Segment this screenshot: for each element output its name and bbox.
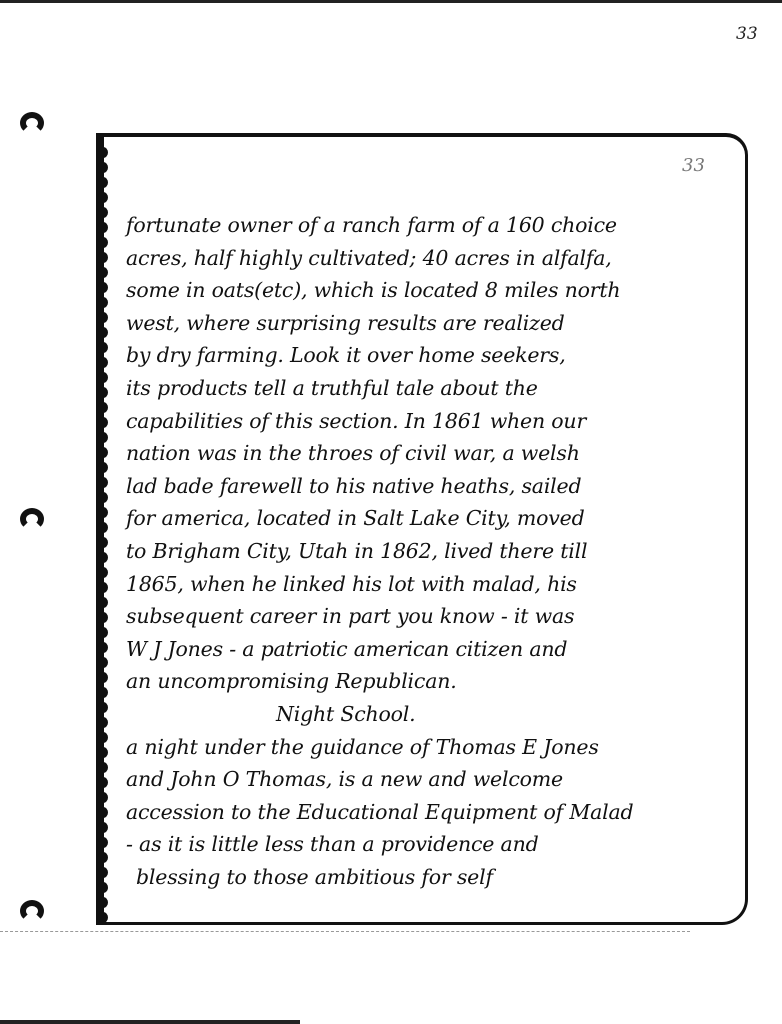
spiral-coil bbox=[98, 822, 108, 833]
text-line: its products tell a truthful tale about … bbox=[126, 372, 742, 405]
spiral-coil bbox=[98, 192, 108, 203]
spiral-coil bbox=[98, 207, 108, 218]
binder-hole-bottom bbox=[20, 900, 44, 922]
text-line: for america, located in Salt Lake City, … bbox=[126, 502, 742, 535]
spiral-coil bbox=[98, 717, 108, 728]
spiral-coil bbox=[98, 762, 108, 773]
text-line: to Brigham City, Utah in 1862, lived the… bbox=[126, 535, 742, 568]
spiral-coil bbox=[98, 657, 108, 668]
spiral-coil bbox=[98, 267, 108, 278]
spiral-coil bbox=[98, 237, 108, 248]
spiral-coil bbox=[98, 402, 108, 413]
spiral-coil bbox=[98, 852, 108, 863]
spiral-coil bbox=[98, 312, 108, 323]
spiral-coil bbox=[98, 522, 108, 533]
spiral-coil bbox=[98, 732, 108, 743]
spiral-coil bbox=[98, 342, 108, 353]
page-number: 33 bbox=[736, 24, 758, 44]
notebook-page: 33 fortunate owner of a ranch farm of a … bbox=[96, 133, 748, 925]
text-line: acres, half highly cultivated; 40 acres … bbox=[126, 242, 742, 275]
spiral-coil bbox=[98, 372, 108, 383]
spiral-coil bbox=[98, 597, 108, 608]
spiral-coil bbox=[98, 417, 108, 428]
text-line: lad bade farewell to his native heaths, … bbox=[126, 470, 742, 503]
spiral-coil bbox=[98, 357, 108, 368]
text-line: 1865, when he linked his lot with malad,… bbox=[126, 568, 742, 601]
spiral-coil bbox=[98, 432, 108, 443]
text-line: accession to the Educational Equipment o… bbox=[126, 796, 742, 829]
spiral-coil bbox=[98, 897, 108, 908]
text-line: and John O Thomas, is a new and welcome bbox=[126, 763, 742, 796]
binder-hole-top bbox=[20, 112, 44, 134]
spiral-binding bbox=[98, 147, 114, 927]
text-line: nation was in the throes of civil war, a… bbox=[126, 437, 742, 470]
spiral-coil bbox=[98, 702, 108, 713]
text-line: some in oats(etc), which is located 8 mi… bbox=[126, 274, 742, 307]
scan-bottom-edge bbox=[0, 1020, 300, 1024]
spiral-coil bbox=[98, 477, 108, 488]
spiral-coil bbox=[98, 387, 108, 398]
notebook-page-number: 33 bbox=[682, 155, 705, 176]
spiral-coil bbox=[98, 492, 108, 503]
text-line: - as it is little less than a providence… bbox=[126, 828, 742, 861]
spiral-coil bbox=[98, 912, 108, 923]
text-line: an uncompromising Republican. bbox=[126, 665, 742, 698]
spiral-coil bbox=[98, 507, 108, 518]
text-line: capabilities of this section. In 1861 wh… bbox=[126, 405, 742, 438]
spiral-coil bbox=[98, 627, 108, 638]
handwritten-text: fortunate owner of a ranch farm of a 160… bbox=[126, 209, 742, 893]
spiral-coil bbox=[98, 552, 108, 563]
spiral-coil bbox=[98, 612, 108, 623]
text-line: fortunate owner of a ranch farm of a 160… bbox=[126, 209, 742, 242]
spiral-coil bbox=[98, 882, 108, 893]
spiral-coil bbox=[98, 792, 108, 803]
spiral-coil bbox=[98, 837, 108, 848]
spiral-coil bbox=[98, 327, 108, 338]
spiral-coil bbox=[98, 582, 108, 593]
spiral-coil bbox=[98, 567, 108, 578]
spiral-coil bbox=[98, 162, 108, 173]
spiral-coil bbox=[98, 747, 108, 758]
spiral-coil bbox=[98, 147, 108, 158]
spiral-coil bbox=[98, 807, 108, 818]
spiral-coil bbox=[98, 222, 108, 233]
spiral-coil bbox=[98, 777, 108, 788]
spiral-coil bbox=[98, 177, 108, 188]
spiral-coil bbox=[98, 462, 108, 473]
page-shadow-line bbox=[0, 931, 690, 933]
spiral-coil bbox=[98, 282, 108, 293]
spiral-coil bbox=[98, 537, 108, 548]
text-line: west, where surprising results are reali… bbox=[126, 307, 742, 340]
scan-top-edge bbox=[0, 0, 782, 3]
spiral-coil bbox=[98, 672, 108, 683]
text-line: subsequent career in part you know - it … bbox=[126, 600, 742, 633]
spiral-coil bbox=[98, 687, 108, 698]
text-line: blessing to those ambitious for self bbox=[126, 861, 742, 894]
spiral-coil bbox=[98, 867, 108, 878]
binder-hole-middle bbox=[20, 508, 44, 530]
text-line: W J Jones - a patriotic american citizen… bbox=[126, 633, 742, 666]
spiral-coil bbox=[98, 252, 108, 263]
spiral-coil bbox=[98, 642, 108, 653]
spiral-coil bbox=[98, 297, 108, 308]
section-heading: Night School. bbox=[126, 698, 742, 731]
spiral-coil bbox=[98, 447, 108, 458]
text-line: a night under the guidance of Thomas E J… bbox=[126, 731, 742, 764]
text-line: by dry farming. Look it over home seeker… bbox=[126, 339, 742, 372]
